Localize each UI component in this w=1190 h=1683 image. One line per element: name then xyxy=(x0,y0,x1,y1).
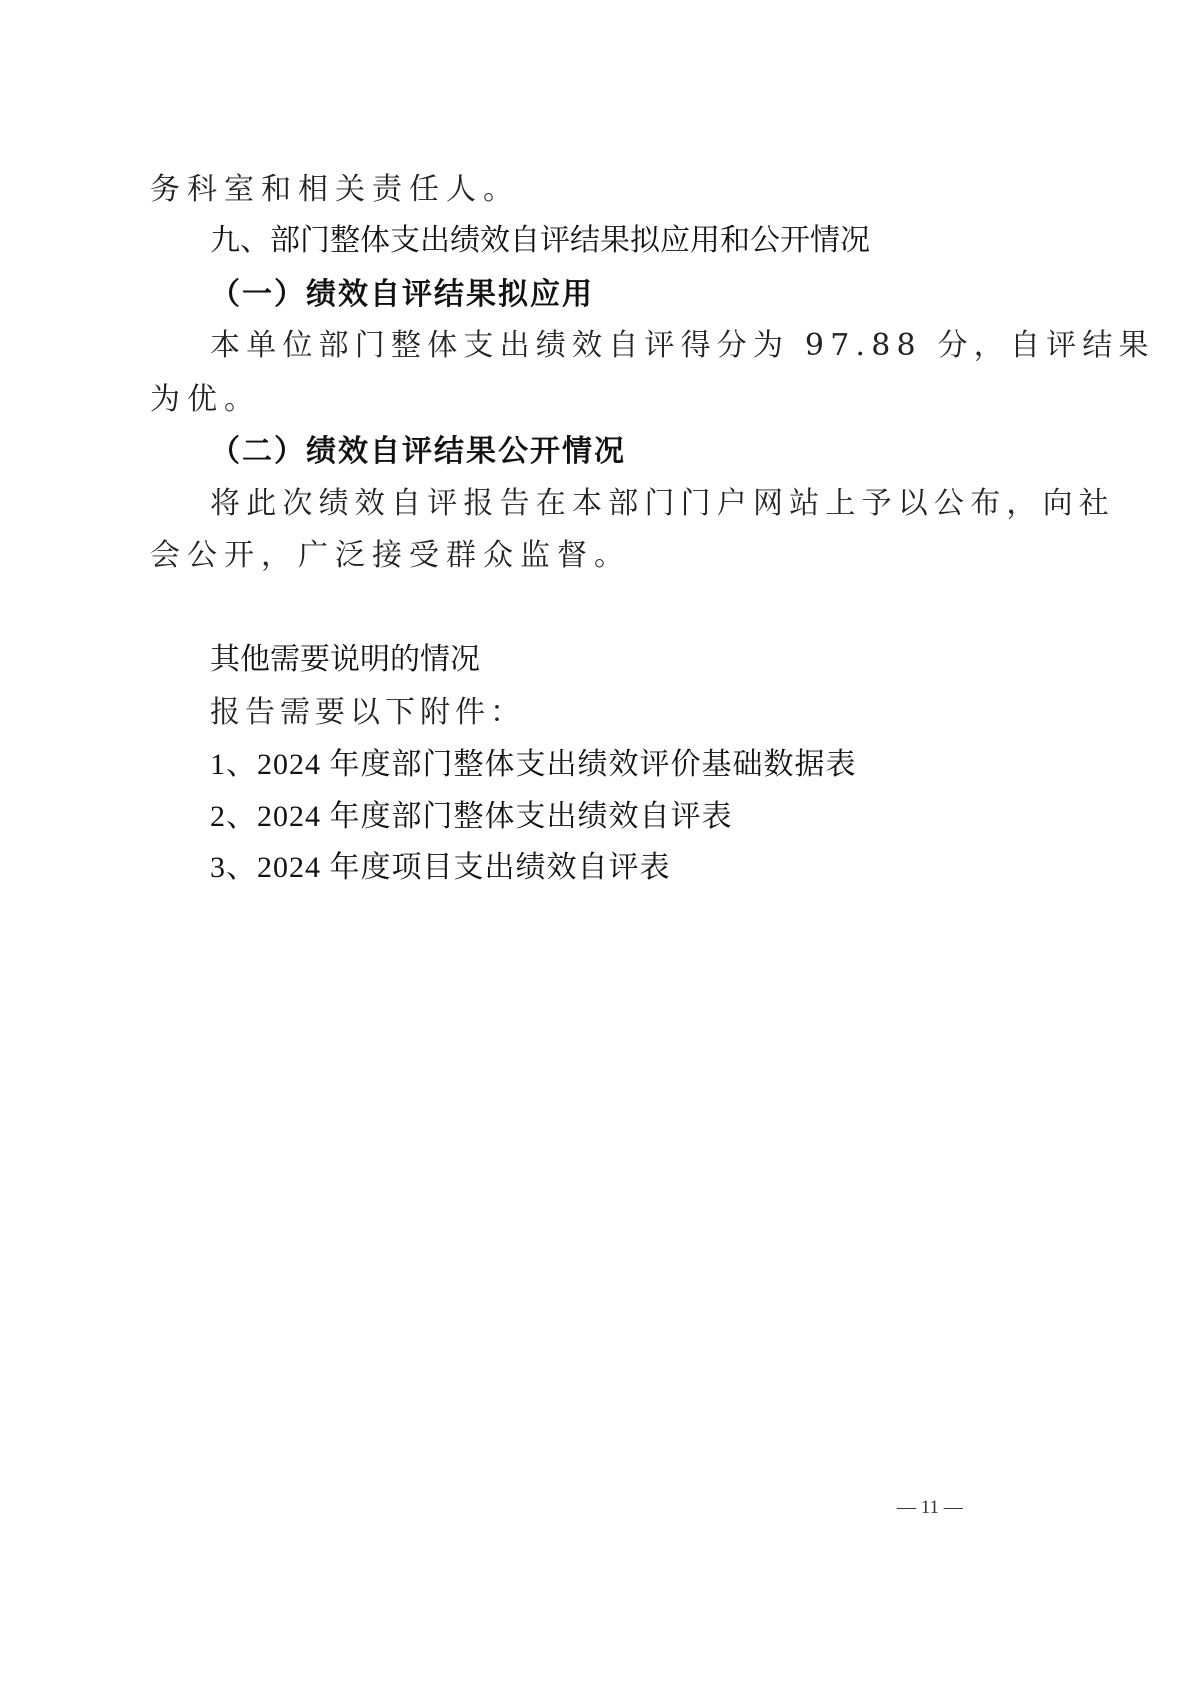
subsection-heading-result-application: （一）绩效自评结果拟应用 xyxy=(210,275,594,315)
continuation-text: 务科室和相关责任人。 xyxy=(150,170,520,210)
page-number: — 11 — xyxy=(897,1494,963,1522)
attachment-item-2: 2、2024 年度部门整体支出绩效自评表 xyxy=(210,797,733,837)
other-notes-heading: 其他需要说明的情况 xyxy=(210,640,480,680)
attachment-item-1: 1、2024 年度部门整体支出绩效评价基础数据表 xyxy=(210,745,857,785)
paragraph-score-line-1: 本单位部门整体支出绩效自评得分为 97.88 分，自评结果 xyxy=(210,326,1155,366)
section-heading-nine: 九、部门整体支出绩效自评结果拟应用和公开情况 xyxy=(210,221,870,261)
attachment-item-3: 3、2024 年度项目支出绩效自评表 xyxy=(210,848,671,888)
document-page: 务科室和相关责任人。 九、部门整体支出绩效自评结果拟应用和公开情况 （一）绩效自… xyxy=(0,0,1190,1683)
attachments-intro: 报告需要以下附件： xyxy=(210,693,525,733)
subsection-heading-result-disclosure: （二）绩效自评结果公开情况 xyxy=(210,432,626,472)
paragraph-disclosure-line-1: 将此次绩效自评报告在本部门门户网站上予以公布，向社 xyxy=(210,484,1115,524)
paragraph-score-line-2: 为优。 xyxy=(150,380,261,420)
paragraph-disclosure-line-2: 会公开，广泛接受群众监督。 xyxy=(150,536,631,576)
